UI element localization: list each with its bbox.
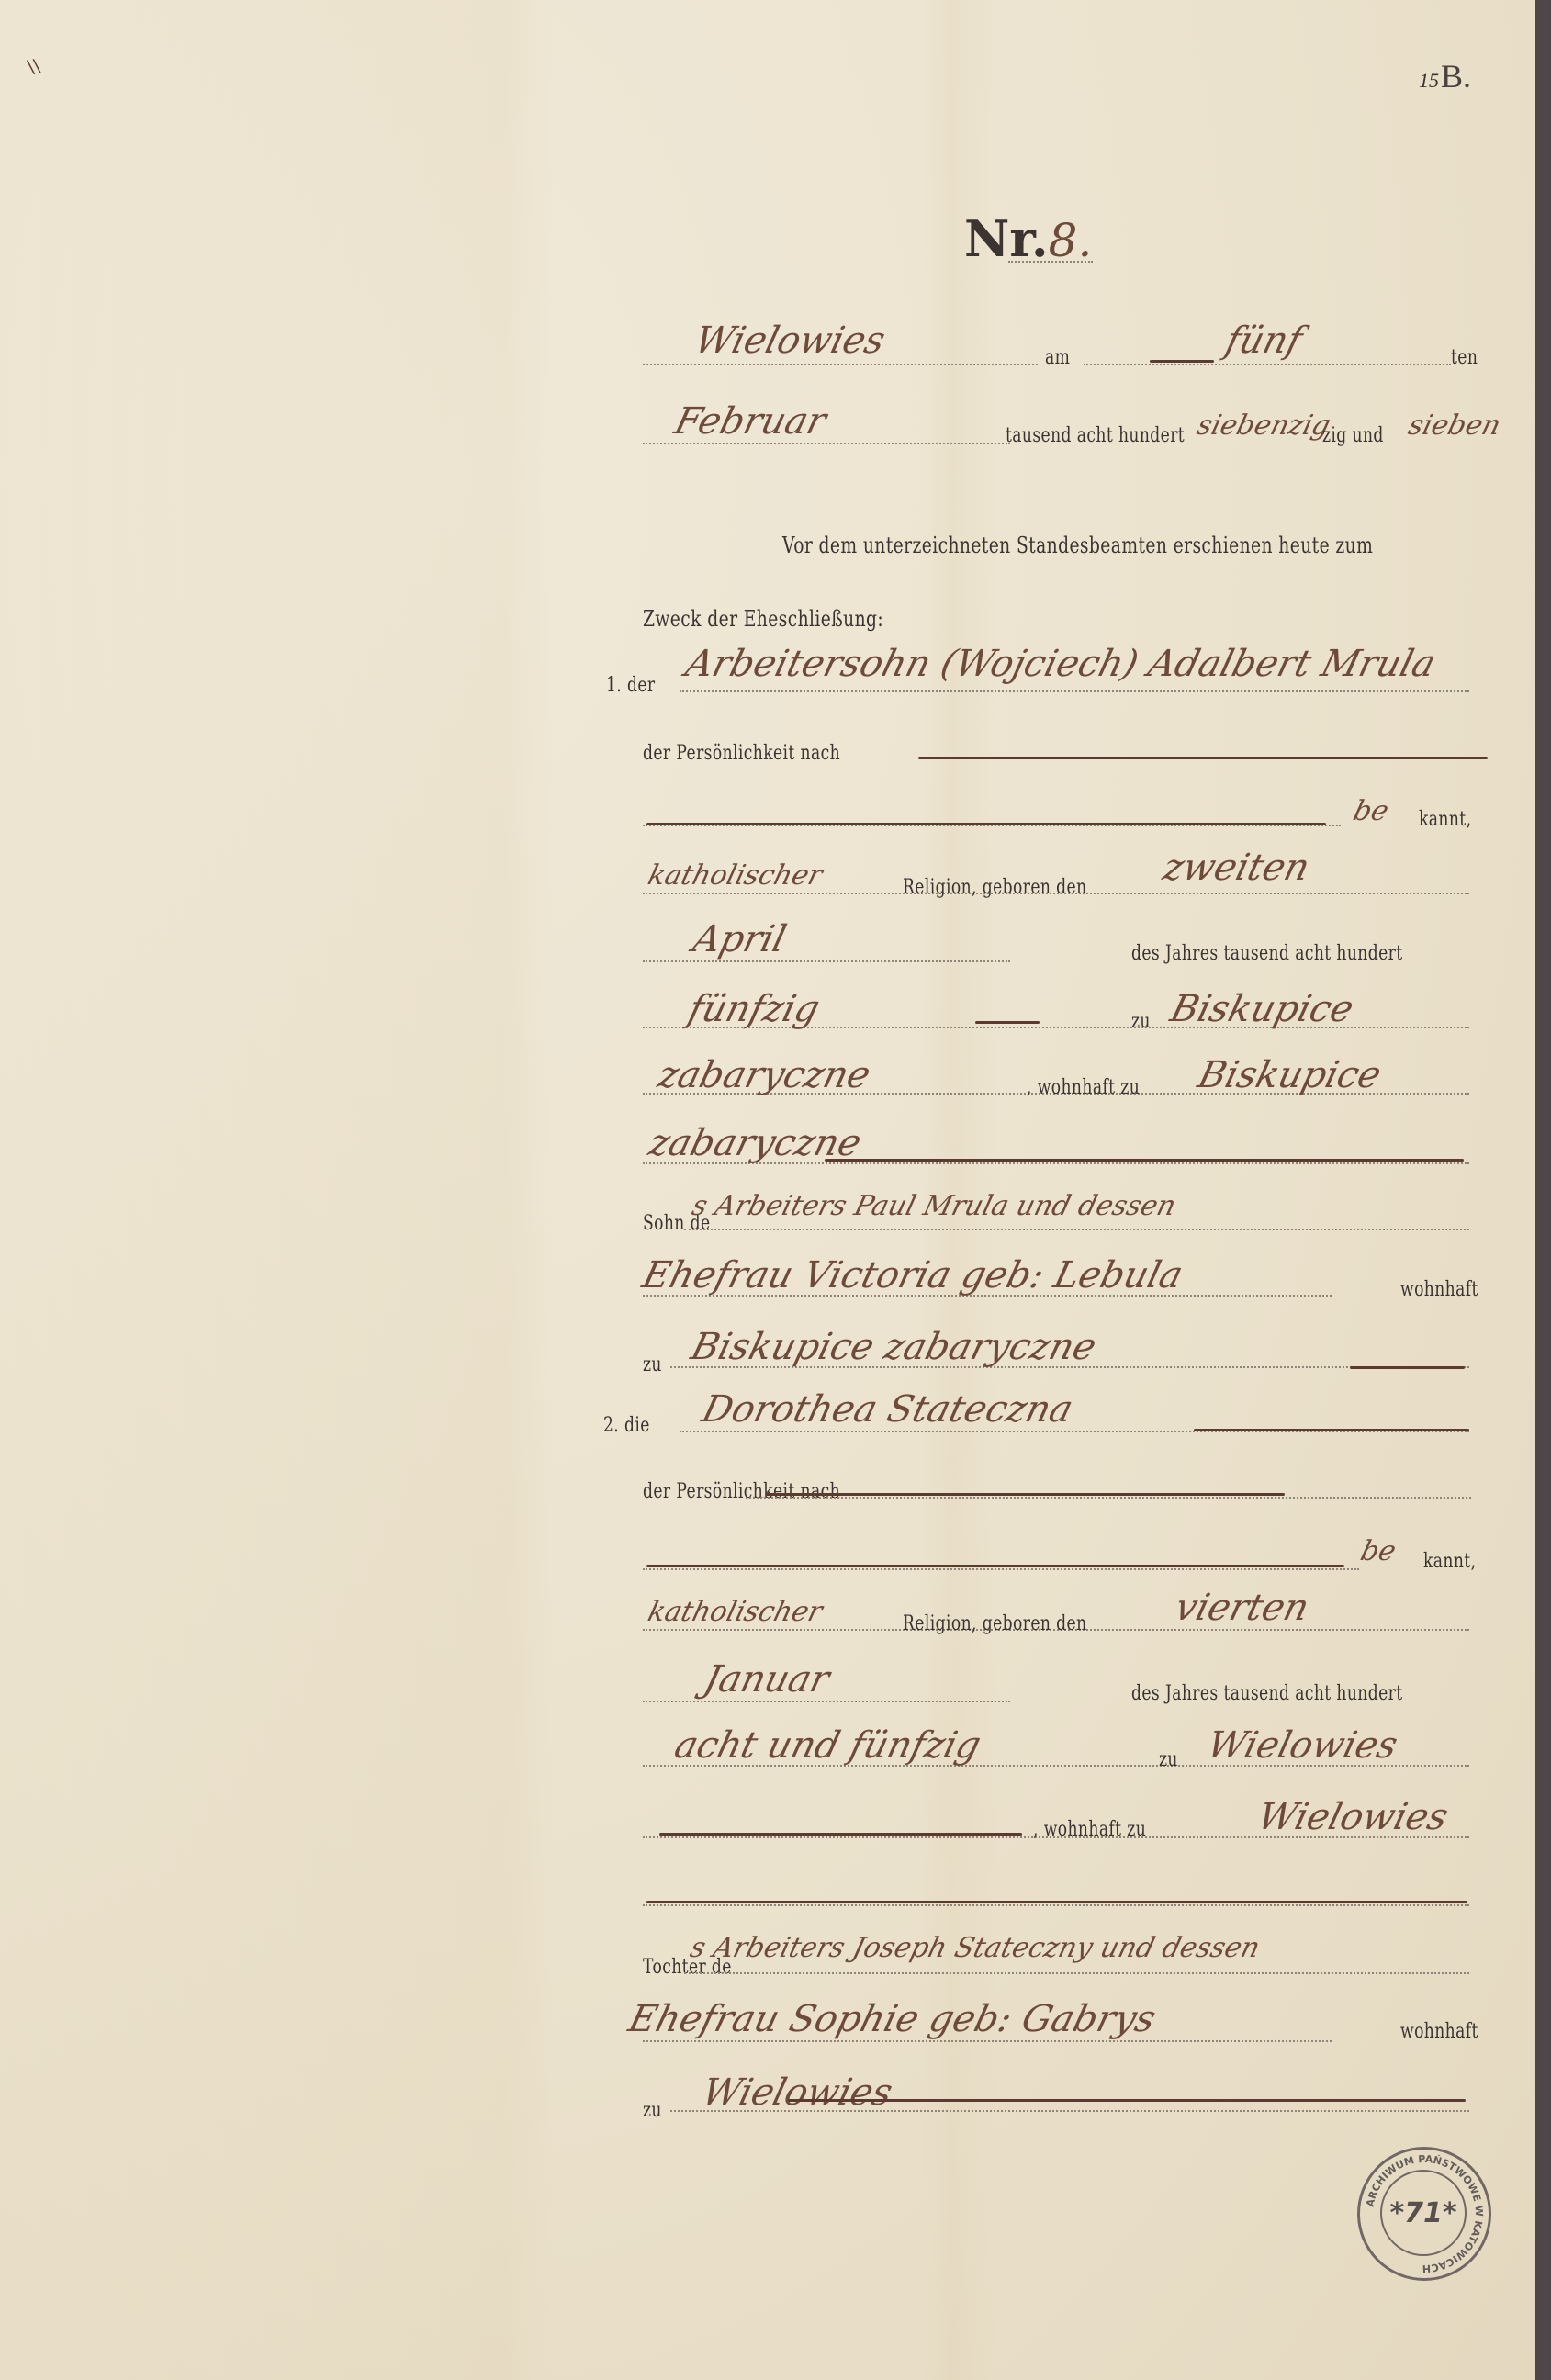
- scan-edge: [1535, 0, 1551, 2380]
- groom-bekannt-prefix: be: [1350, 795, 1392, 827]
- filler-stroke: [788, 2099, 1466, 2102]
- groom-persoenlichkeit-label: der Persönlichkeit nach: [643, 742, 840, 765]
- bride-index-label: 2. die: [603, 1414, 650, 1437]
- bride-residence: Wielowies: [1253, 1796, 1452, 1838]
- filler-stroke: [1350, 1366, 1465, 1369]
- groom-birth-month: April: [689, 918, 791, 960]
- groom-birth-place-2: zabaryczne: [654, 1054, 874, 1096]
- filler-stroke: [918, 757, 1488, 759]
- bride-parents-wohnhaft-label: wohnhaft: [1400, 2020, 1478, 2043]
- stamp-code: *71*: [1389, 2197, 1456, 2229]
- entry-number: Nr.8.: [964, 209, 1092, 268]
- page-marker: 15B.: [1419, 57, 1471, 95]
- groom-religion: katholischer: [645, 859, 826, 892]
- bride-birth-day: vierten: [1171, 1587, 1313, 1629]
- groom-parents-wohnhaft-label: wohnhaft: [1400, 1278, 1478, 1301]
- bride-des-jahres-label: des Jahres tausend acht hundert: [1131, 1682, 1403, 1705]
- year-prefix: tausend acht hundert: [1006, 424, 1185, 447]
- groom-parents-residence: Biskupice zabaryczne: [687, 1326, 1100, 1368]
- bride-mother: Ehefrau Sophie geb: Gabrys: [624, 1998, 1160, 2040]
- bride-parents-residence: Wielowies: [698, 2071, 896, 2114]
- bride-bekannt-label: kannt,: [1423, 1550, 1476, 1573]
- register-page: \\ 15B. Nr.8. Wielowies am fünf ten Febr…: [0, 0, 1535, 2380]
- bride-religion: katholischer: [645, 1596, 826, 1628]
- groom-parents-zu-label: zu: [643, 1353, 662, 1376]
- dotted-line: [1008, 261, 1093, 263]
- bride-father: s Arbeiters Joseph Stateczny und dessen: [687, 1932, 1264, 1964]
- day-suffix: ten: [1451, 346, 1478, 369]
- year-units: sieben: [1405, 410, 1504, 442]
- filler-stroke: [646, 1565, 1344, 1567]
- bride-birth-year: acht und fünfzig: [670, 1724, 985, 1767]
- dotted-line: [643, 1701, 1010, 1702]
- groom-father: s Arbeiters Paul Mrula und dessen: [689, 1190, 1179, 1222]
- intro-line-2: Zweck der Eheschließung:: [643, 606, 883, 632]
- intro-line-1: Vor dem unterzeichneten Standesbeamten e…: [782, 533, 1373, 558]
- bride-persoenlichkeit-label: der Persönlichkeit nach: [643, 1480, 840, 1503]
- filler-stroke: [1194, 1429, 1469, 1431]
- am-label: am: [1045, 346, 1070, 369]
- filler-stroke: [766, 1493, 1285, 1496]
- stamp-inner: *71*: [1380, 2170, 1467, 2256]
- page-handwritten-number: 15: [1419, 69, 1439, 92]
- filler-stroke: [825, 1159, 1464, 1162]
- dotted-line: [643, 443, 1010, 444]
- year-tens: siebenzig: [1194, 410, 1333, 442]
- groom-des-jahres-label: des Jahres tausend acht hundert: [1131, 942, 1403, 965]
- groom-birth-place-1: Biskupice: [1166, 988, 1358, 1030]
- filler-stroke: [646, 1901, 1467, 1903]
- bride-birth-place: Wielowies: [1203, 1724, 1401, 1767]
- bride-name: Dorothea Stateczna: [698, 1388, 1077, 1431]
- bride-bekannt-prefix: be: [1357, 1535, 1399, 1567]
- page-letter: B.: [1441, 58, 1471, 95]
- archive-stamp: ARCHIWUM PAŃSTWOWE W KATOWICACH *71*: [1357, 2147, 1491, 2281]
- bride-religion-label: Religion, geboren den: [903, 1612, 1087, 1635]
- dotted-line: [643, 1568, 1359, 1570]
- groom-birth-year: fünfzig: [684, 988, 824, 1030]
- und-label: zig und: [1322, 424, 1384, 447]
- groom-religion-label: Religion, geboren den: [903, 876, 1087, 899]
- bride-zu-label: zu: [1159, 1748, 1178, 1771]
- dotted-line: [643, 960, 1010, 962]
- bride-wohnhaft-label: , wohnhaft zu: [1033, 1818, 1146, 1841]
- entry-number-value: 8.: [1049, 214, 1093, 267]
- marriage-month: Februar: [670, 400, 830, 443]
- dotted-line: [684, 1972, 1469, 1974]
- dotted-line: [684, 1229, 1469, 1230]
- bride-birth-month: Januar: [700, 1658, 834, 1701]
- marriage-day: fünf: [1221, 320, 1307, 362]
- dotted-line: [746, 1497, 1471, 1499]
- groom-mother: Ehefrau Victoria geb: Lebula: [638, 1254, 1187, 1297]
- marriage-place: Wielowies: [691, 320, 889, 362]
- groom-bekannt-label: kannt,: [1419, 808, 1471, 831]
- dotted-line: [643, 1904, 1469, 1906]
- corner-pen-marks: \\: [26, 54, 41, 78]
- dotted-line: [1084, 364, 1451, 365]
- entry-number-label: Nr.: [964, 209, 1049, 268]
- filler-stroke: [975, 1021, 1040, 1024]
- filler-stroke: [659, 1833, 1022, 1836]
- groom-index-label: 1. der: [606, 674, 656, 697]
- filler-stroke: [646, 823, 1326, 825]
- filler-stroke: [1150, 360, 1214, 363]
- dotted-line: [643, 364, 1038, 365]
- dotted-line: [643, 2040, 1332, 2042]
- groom-residence-1: Biskupice: [1194, 1054, 1386, 1096]
- groom-zu-label: zu: [1131, 1010, 1151, 1033]
- bride-parents-zu-label: zu: [643, 2099, 662, 2122]
- dotted-line: [680, 690, 1469, 692]
- groom-name: Arbeitersohn (Wojciech) Adalbert Mrula: [681, 643, 1440, 685]
- groom-birth-day: zweiten: [1159, 847, 1314, 889]
- groom-wohnhaft-label: , wohnhaft zu: [1027, 1076, 1140, 1099]
